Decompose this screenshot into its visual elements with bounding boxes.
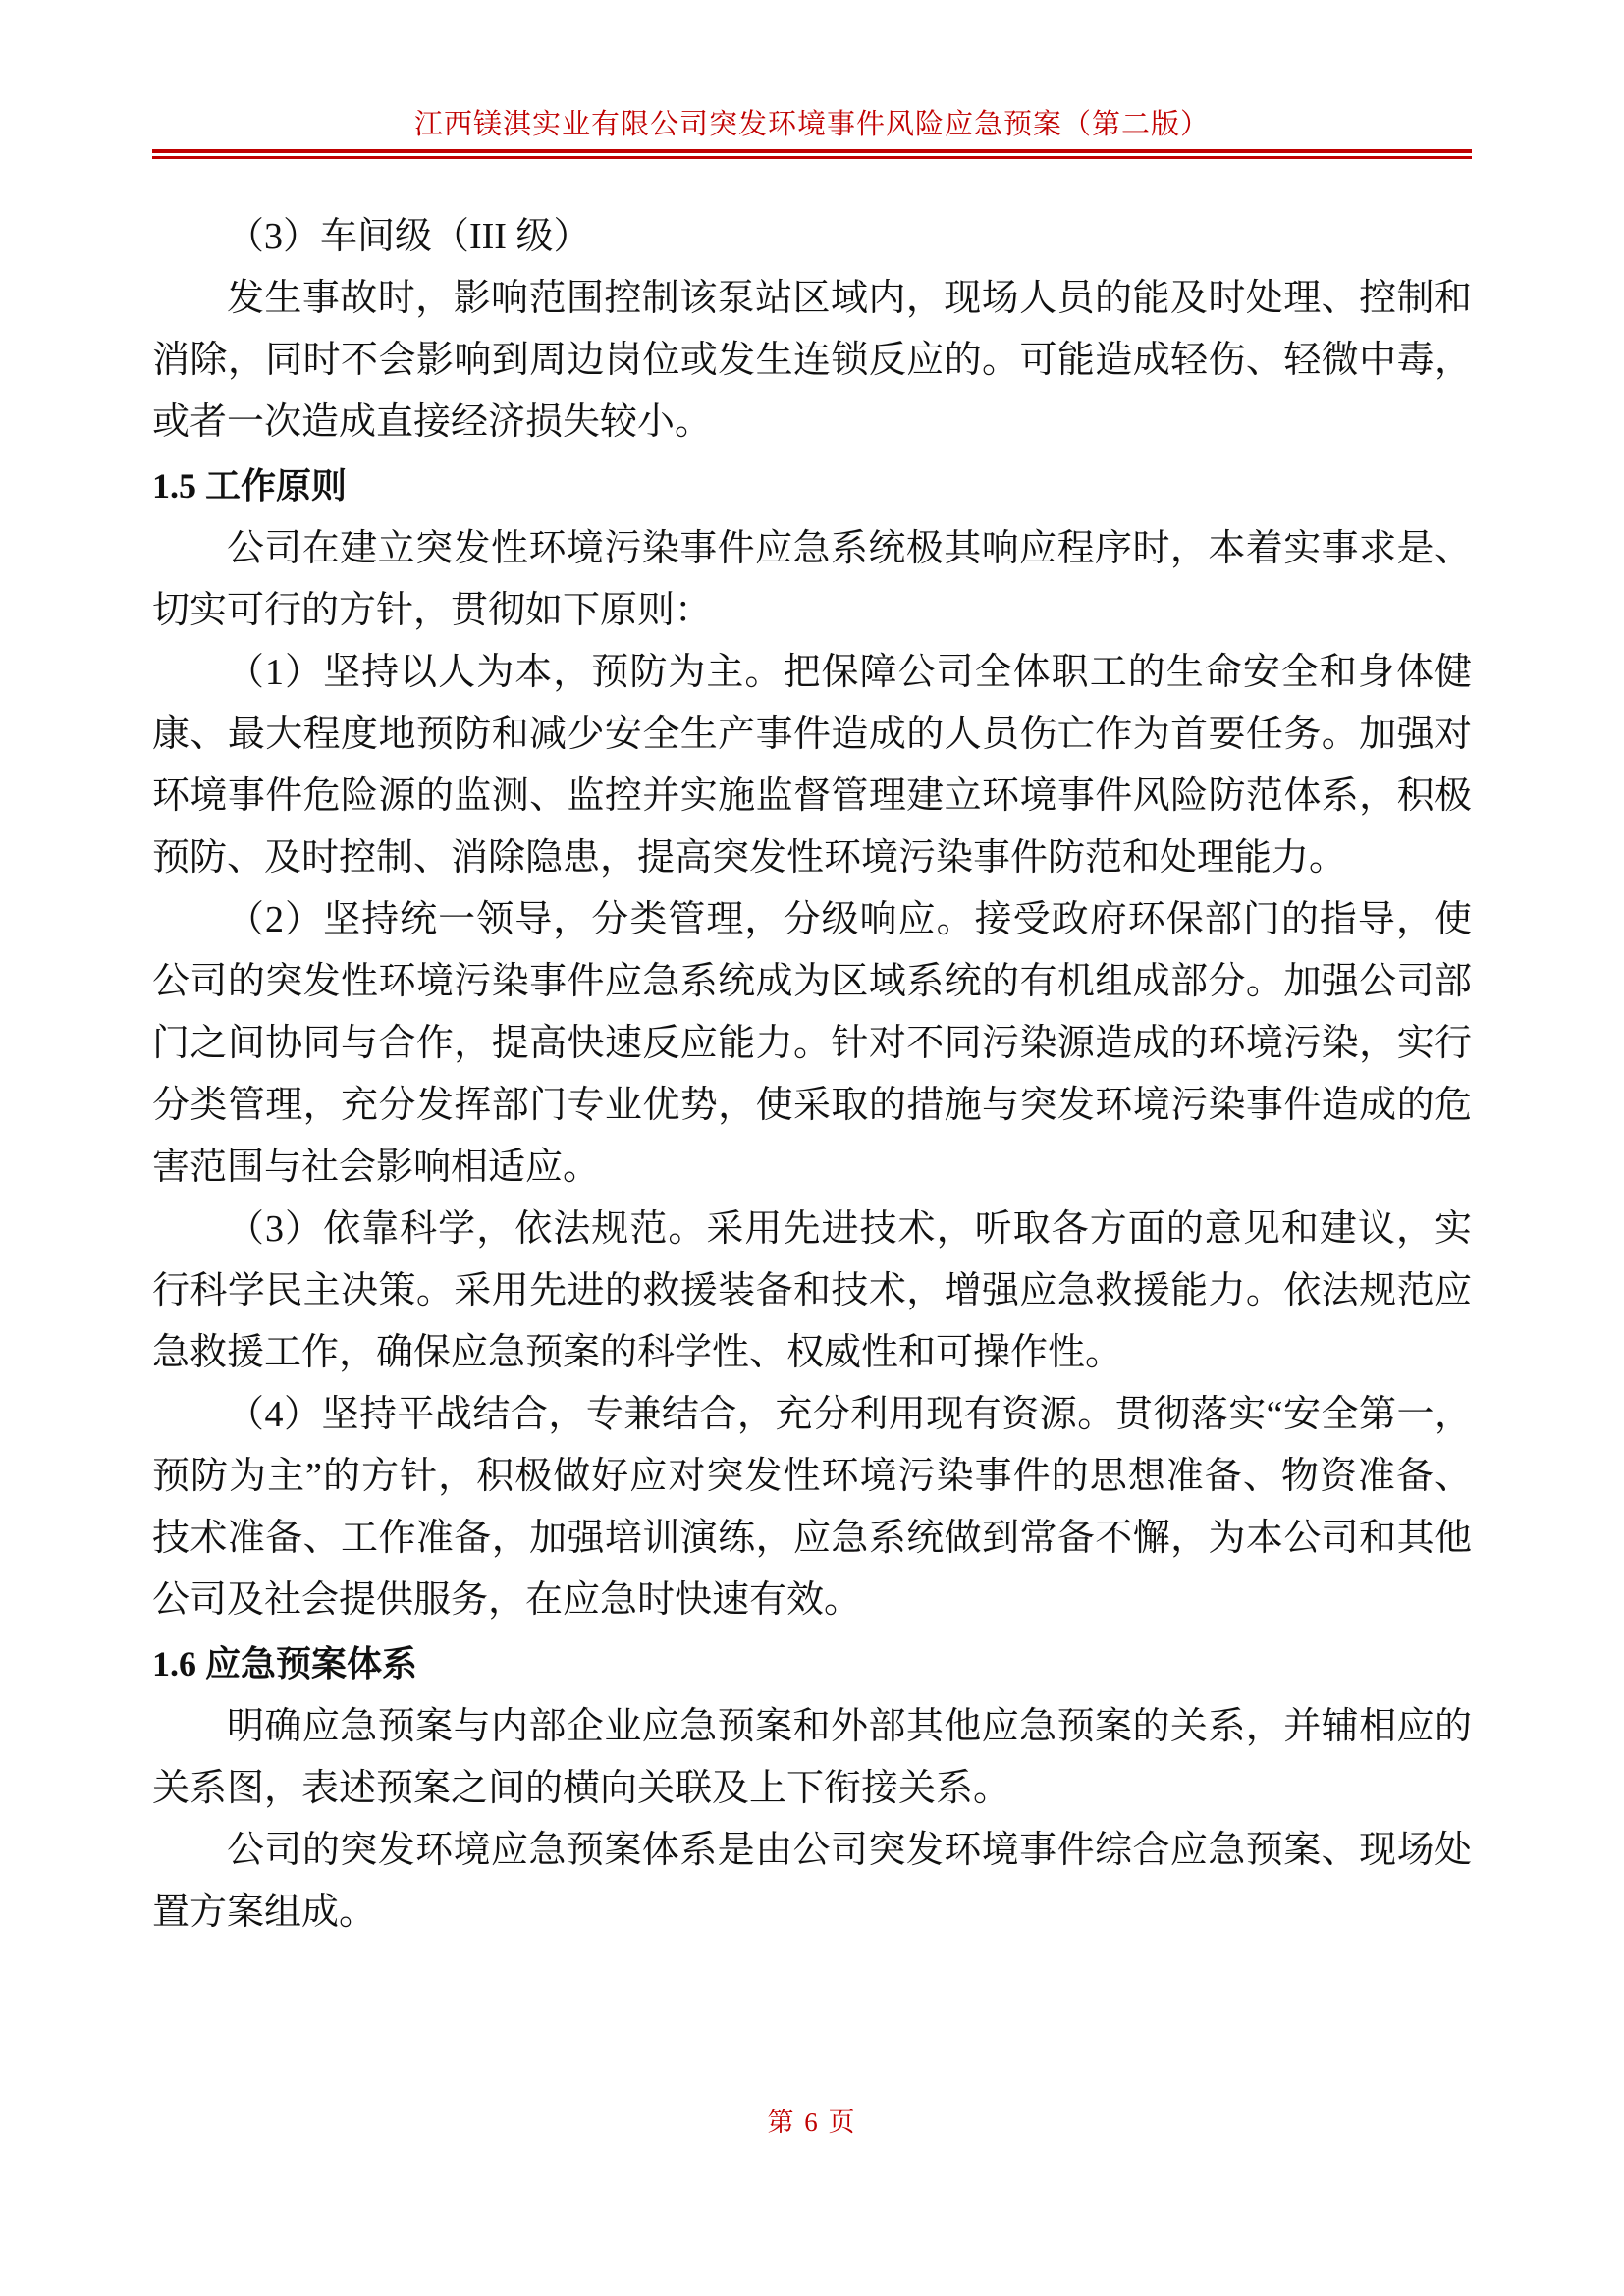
paragraph-line: 环境事件危险源的监测、监控并实施监督管理建立环境事件风险防范体系，积极 (152, 766, 1472, 828)
paragraph-line: （1）坚持以人为本，预防为主。把保障公司全体职工的生命安全和身体健 (152, 642, 1472, 704)
paragraph-line: 发生事故时，影响范围控制该泵站区域内，现场人员的能及时处理、控制和 (152, 268, 1472, 330)
paragraph: （3）依靠科学，依法规范。采用先进技术，听取各方面的意见和建议，实行科学民主决策… (152, 1199, 1472, 1384)
paragraph: 公司的突发环境应急预案体系是由公司突发环境事件综合应急预案、现场处置方案组成。 (152, 1820, 1472, 1944)
paragraph-line: 置方案组成。 (152, 1882, 1472, 1944)
paragraph-line: （3）依靠科学，依法规范。采用先进技术，听取各方面的意见和建议，实 (152, 1199, 1472, 1260)
paragraph: 发生事故时，影响范围控制该泵站区域内，现场人员的能及时处理、控制和消除，同时不会… (152, 268, 1472, 454)
paragraph-line: 行科学民主决策。采用先进的救援装备和技术，增强应急救援能力。依法规范应 (152, 1260, 1472, 1322)
paragraph-line: 明确应急预案与内部企业应急预案和外部其他应急预案的关系，并辅相应的 (152, 1696, 1472, 1758)
page-number: 第 6 页 (768, 2108, 857, 2137)
page-content-area: 江西镁淇实业有限公司突发环境事件风险应急预案（第二版） （3）车间级（III 级… (0, 0, 1624, 1944)
paragraph: 明确应急预案与内部企业应急预案和外部其他应急预案的关系，并辅相应的关系图，表述预… (152, 1696, 1472, 1820)
paragraph-line: 关系图，表述预案之间的横向关联及上下衔接关系。 (152, 1758, 1472, 1820)
paragraph: （1）坚持以人为本，预防为主。把保障公司全体职工的生命安全和身体健康、最大程度地… (152, 642, 1472, 889)
paragraph: （3）车间级（III 级） (152, 206, 1472, 268)
paragraph-line: 公司的突发环境应急预案体系是由公司突发环境事件综合应急预案、现场处 (152, 1820, 1472, 1882)
paragraph-line: 康、最大程度地预防和减少安全生产事件造成的人员伤亡作为首要任务。加强对 (152, 704, 1472, 766)
section-heading: 1.5 工作原则 (152, 454, 1472, 518)
document-body: （3）车间级（III 级）发生事故时，影响范围控制该泵站区域内，现场人员的能及时… (152, 206, 1472, 1944)
header-rule-double-line (152, 149, 1472, 159)
paragraph-line: 或者一次造成直接经济损失较小。 (152, 392, 1472, 454)
paragraph-line: （2）坚持统一领导，分类管理，分级响应。接受政府环保部门的指导，使 (152, 889, 1472, 951)
paragraph-line: 分类管理，充分发挥部门专业优势，使采取的措施与突发环境污染事件造成的危 (152, 1075, 1472, 1137)
paragraph: （2）坚持统一领导，分类管理，分级响应。接受政府环保部门的指导，使公司的突发性环… (152, 889, 1472, 1199)
paragraph-line: 害范围与社会影响相适应。 (152, 1137, 1472, 1199)
paragraph: （4）坚持平战结合，专兼结合，充分利用现有资源。贯彻落实“安全第一，预防为主”的… (152, 1384, 1472, 1631)
paragraph: 公司在建立突发性环境污染事件应急系统极其响应程序时，本着实事求是、切实可行的方针… (152, 518, 1472, 642)
paragraph-line: 消除，同时不会影响到周边岗位或发生连锁反应的。可能造成轻伤、轻微中毒， (152, 330, 1472, 392)
page-header: 江西镁淇实业有限公司突发环境事件风险应急预案（第二版） (152, 0, 1472, 159)
paragraph-line: 预防为主”的方针，积极做好应对突发性环境污染事件的思想准备、物资准备、 (152, 1446, 1472, 1508)
paragraph-line: （3）车间级（III 级） (152, 206, 1472, 268)
document-page: 江西镁淇实业有限公司突发环境事件风险应急预案（第二版） （3）车间级（III 级… (0, 0, 1624, 2296)
page-footer: 第 6 页 (0, 2101, 1624, 2139)
paragraph-line: 预防、及时控制、消除隐患，提高突发性环境污染事件防范和处理能力。 (152, 828, 1472, 889)
paragraph-line: 公司的突发性环境污染事件应急系统成为区域系统的有机组成部分。加强公司部 (152, 951, 1472, 1013)
paragraph-line: 公司在建立突发性环境污染事件应急系统极其响应程序时，本着实事求是、 (152, 518, 1472, 580)
paragraph-line: 切实可行的方针，贯彻如下原则： (152, 580, 1472, 642)
section-heading: 1.6 应急预案体系 (152, 1631, 1472, 1696)
paragraph-line: 门之间协同与合作，提高快速反应能力。针对不同污染源造成的环境污染，实行 (152, 1013, 1472, 1075)
header-title: 江西镁淇实业有限公司突发环境事件风险应急预案（第二版） (152, 106, 1472, 143)
paragraph-line: （4）坚持平战结合，专兼结合，充分利用现有资源。贯彻落实“安全第一， (152, 1384, 1472, 1446)
paragraph-line: 技术准备、工作准备，加强培训演练，应急系统做到常备不懈，为本公司和其他 (152, 1508, 1472, 1570)
paragraph-line: 公司及社会提供服务，在应急时快速有效。 (152, 1570, 1472, 1631)
paragraph-line: 急救援工作，确保应急预案的科学性、权威性和可操作性。 (152, 1322, 1472, 1384)
